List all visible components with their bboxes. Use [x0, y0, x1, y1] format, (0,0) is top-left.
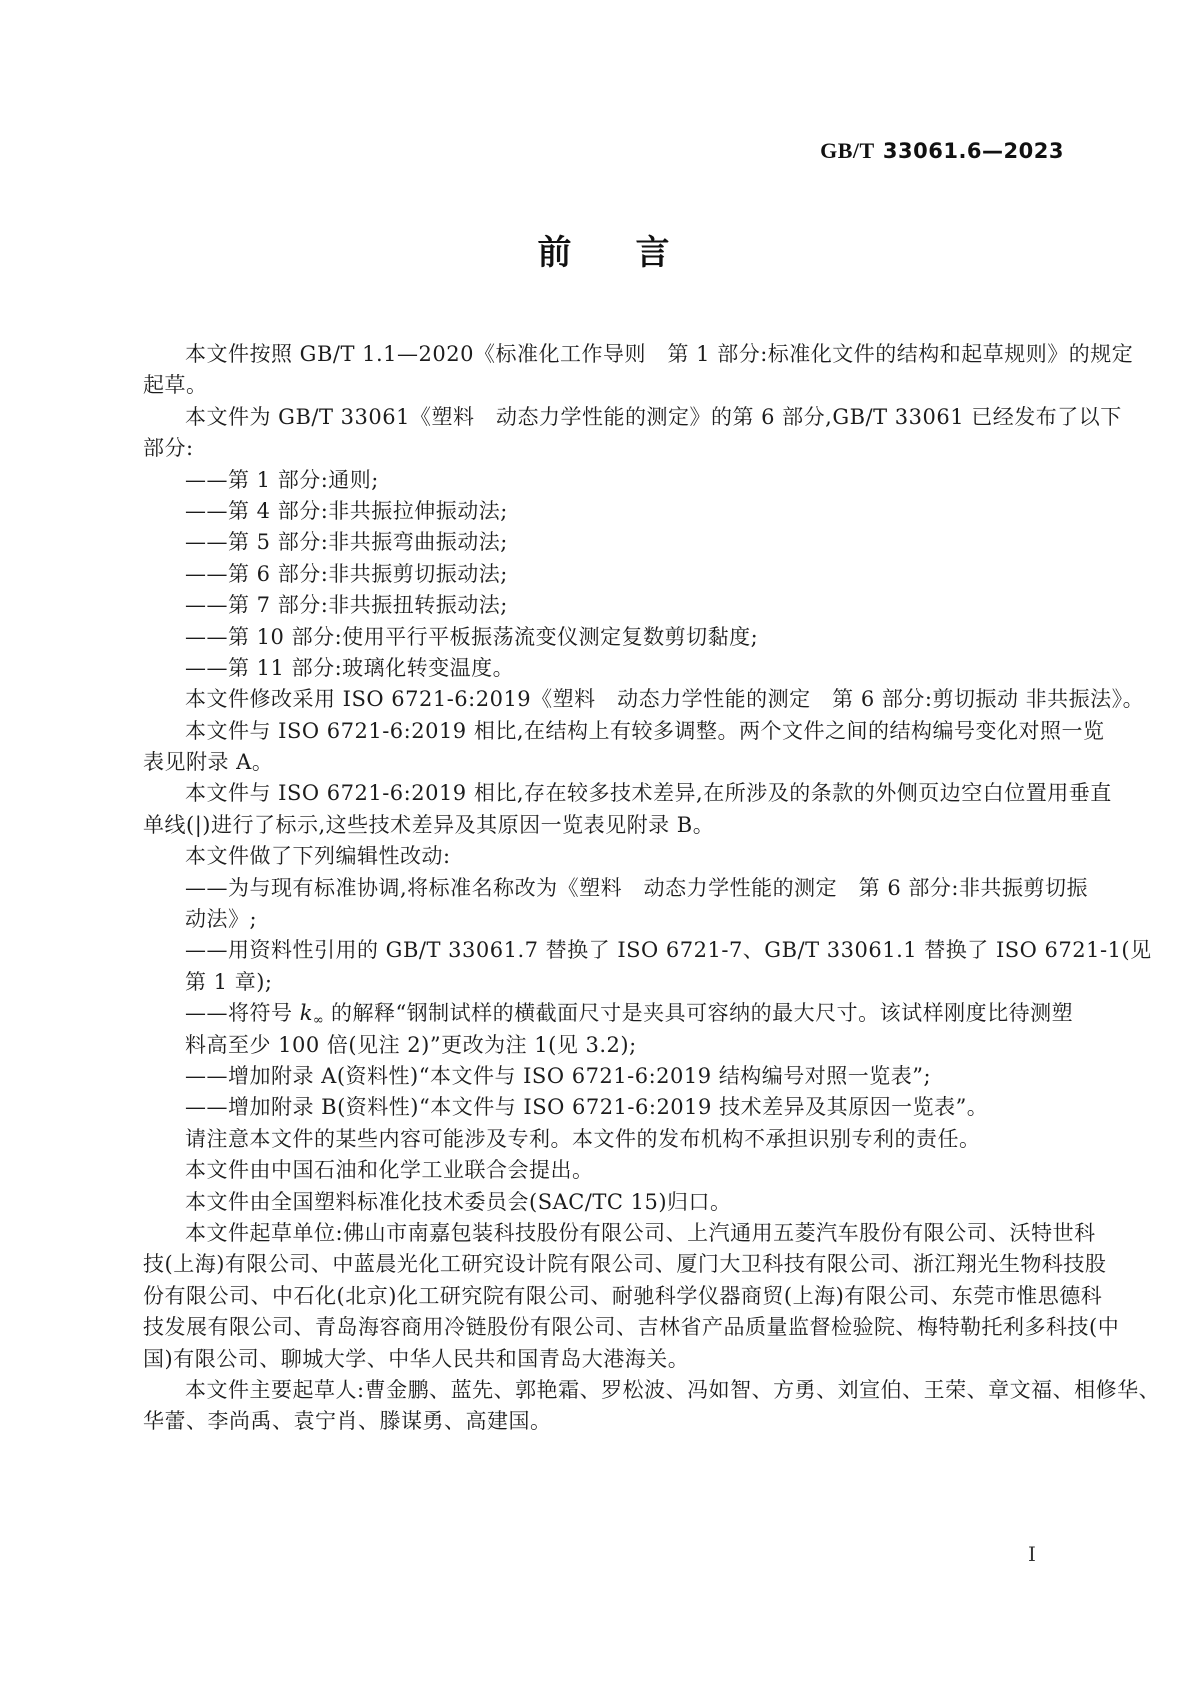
text-line: 本文件为 GB/T 33061《塑料 动态力学性能的测定》的第 6 部分,GB/… — [143, 402, 1064, 433]
doc-number-suffix: 33061.6—2023 — [883, 139, 1064, 163]
drafting-organizations-cont: 国)有限公司、聊城大学、中华人民共和国青岛大港海关。 — [143, 1344, 1064, 1375]
list-item-edit-3: ——将符号 k∞ 的解释“钢制试样的横截面尺寸是夹具可容纳的最大尺寸。该试样刚度… — [143, 998, 1064, 1029]
page-title-char-2: 言 — [636, 233, 670, 273]
page-title: 前言 — [143, 232, 1064, 274]
list-item-part-6: ——第 6 部分:非共振剪切振动法; — [143, 559, 1064, 590]
doc-number-prefix: GB/T — [820, 138, 875, 163]
infinity-subscript: ∞ — [313, 1013, 324, 1028]
drafting-organizations-cont: 份有限公司、中石化(北京)化工研究院有限公司、耐驰科学仪器商贸(上海)有限公司、… — [143, 1281, 1064, 1312]
text-line: 本文件做了下列编辑性改动: — [143, 841, 1064, 872]
foreword-body: 本文件按照 GB/T 1.1—2020《标准化工作导则 第 1 部分:标准化文件… — [143, 339, 1064, 1438]
list-item-edit-1-cont: 动法》; — [143, 904, 1064, 935]
document-page: GB/T 33061.6—2023 前言 本文件按照 GB/T 1.1—2020… — [0, 0, 1191, 1685]
text-line: 单线(|)进行了标示,这些技术差异及其原因一览表见附录 B。 — [143, 810, 1064, 841]
text-fragment: 的解释“钢制试样的横截面尺寸是夹具可容纳的最大尺寸。该试样刚度比待测塑 — [324, 1001, 1073, 1025]
list-item-edit-2-cont: 第 1 章); — [143, 967, 1064, 998]
main-drafters-cont: 华蕾、李尚禹、袁宁肖、滕谋勇、高建国。 — [143, 1406, 1064, 1437]
list-item-part-5: ——第 5 部分:非共振弯曲振动法; — [143, 527, 1064, 558]
text-line: 本文件与 ISO 6721-6:2019 相比,存在较多技术差异,在所涉及的条款… — [143, 778, 1064, 809]
text-line: 表见附录 A。 — [143, 747, 1064, 778]
list-item-edit-1: ——为与现有标准协调,将标准名称改为《塑料 动态力学性能的测定 第 6 部分:非… — [143, 873, 1064, 904]
drafting-organizations: 本文件起草单位:佛山市南嘉包装科技股份有限公司、上汽通用五菱汽车股份有限公司、沃… — [143, 1218, 1064, 1249]
list-item-edit-2: ——用资料性引用的 GB/T 33061.7 替换了 ISO 6721-7、GB… — [143, 935, 1064, 966]
text-line: 本文件与 ISO 6721-6:2019 相比,在结构上有较多调整。两个文件之间… — [143, 716, 1064, 747]
page-title-char-1: 前 — [538, 233, 572, 273]
list-item-part-1: ——第 1 部分:通则; — [143, 465, 1064, 496]
text-line: 本文件按照 GB/T 1.1—2020《标准化工作导则 第 1 部分:标准化文件… — [143, 339, 1064, 370]
main-drafters: 本文件主要起草人:曹金鹏、蓝先、郭艳霜、罗松波、冯如智、方勇、刘宣伯、王荣、章文… — [143, 1375, 1064, 1406]
list-item-part-4: ——第 4 部分:非共振拉伸振动法; — [143, 496, 1064, 527]
doc-number: GB/T 33061.6—2023 — [820, 138, 1064, 164]
list-item-edit-3-cont: 料高至少 100 倍(见注 2)”更改为注 1(见 3.2); — [143, 1030, 1064, 1061]
text-line: 部分: — [143, 433, 1064, 464]
drafting-organizations-cont: 技发展有限公司、青岛海容商用冷链股份有限公司、吉林省产品质量监督检验院、梅特勒托… — [143, 1312, 1064, 1343]
drafting-organizations-cont: 技(上海)有限公司、中蓝晨光化工研究设计院有限公司、厦门大卫科技有限公司、浙江翔… — [143, 1249, 1064, 1280]
text-fragment: ——将符号 — [185, 1001, 300, 1025]
text-line: 本文件由全国塑料标准化技术委员会(SAC/TC 15)归口。 — [143, 1187, 1064, 1218]
text-line: 本文件修改采用 ISO 6721-6:2019《塑料 动态力学性能的测定 第 6… — [143, 684, 1064, 715]
list-item-part-7: ——第 7 部分:非共振扭转振动法; — [143, 590, 1064, 621]
text-line: 请注意本文件的某些内容可能涉及专利。本文件的发布机构不承担识别专利的责任。 — [143, 1124, 1064, 1155]
list-item-part-11: ——第 11 部分:玻璃化转变温度。 — [143, 653, 1064, 684]
list-item-part-10: ——第 10 部分:使用平行平板振荡流变仪测定复数剪切黏度; — [143, 622, 1064, 653]
k-symbol: k — [300, 1001, 313, 1025]
page-number: I — [1012, 1543, 1052, 1565]
list-item-edit-5: ——增加附录 B(资料性)“本文件与 ISO 6721-6:2019 技术差异及… — [143, 1092, 1064, 1123]
text-line: 起草。 — [143, 370, 1064, 401]
list-item-edit-4: ——增加附录 A(资料性)“本文件与 ISO 6721-6:2019 结构编号对… — [143, 1061, 1064, 1092]
text-line: 本文件由中国石油和化学工业联合会提出。 — [143, 1155, 1064, 1186]
